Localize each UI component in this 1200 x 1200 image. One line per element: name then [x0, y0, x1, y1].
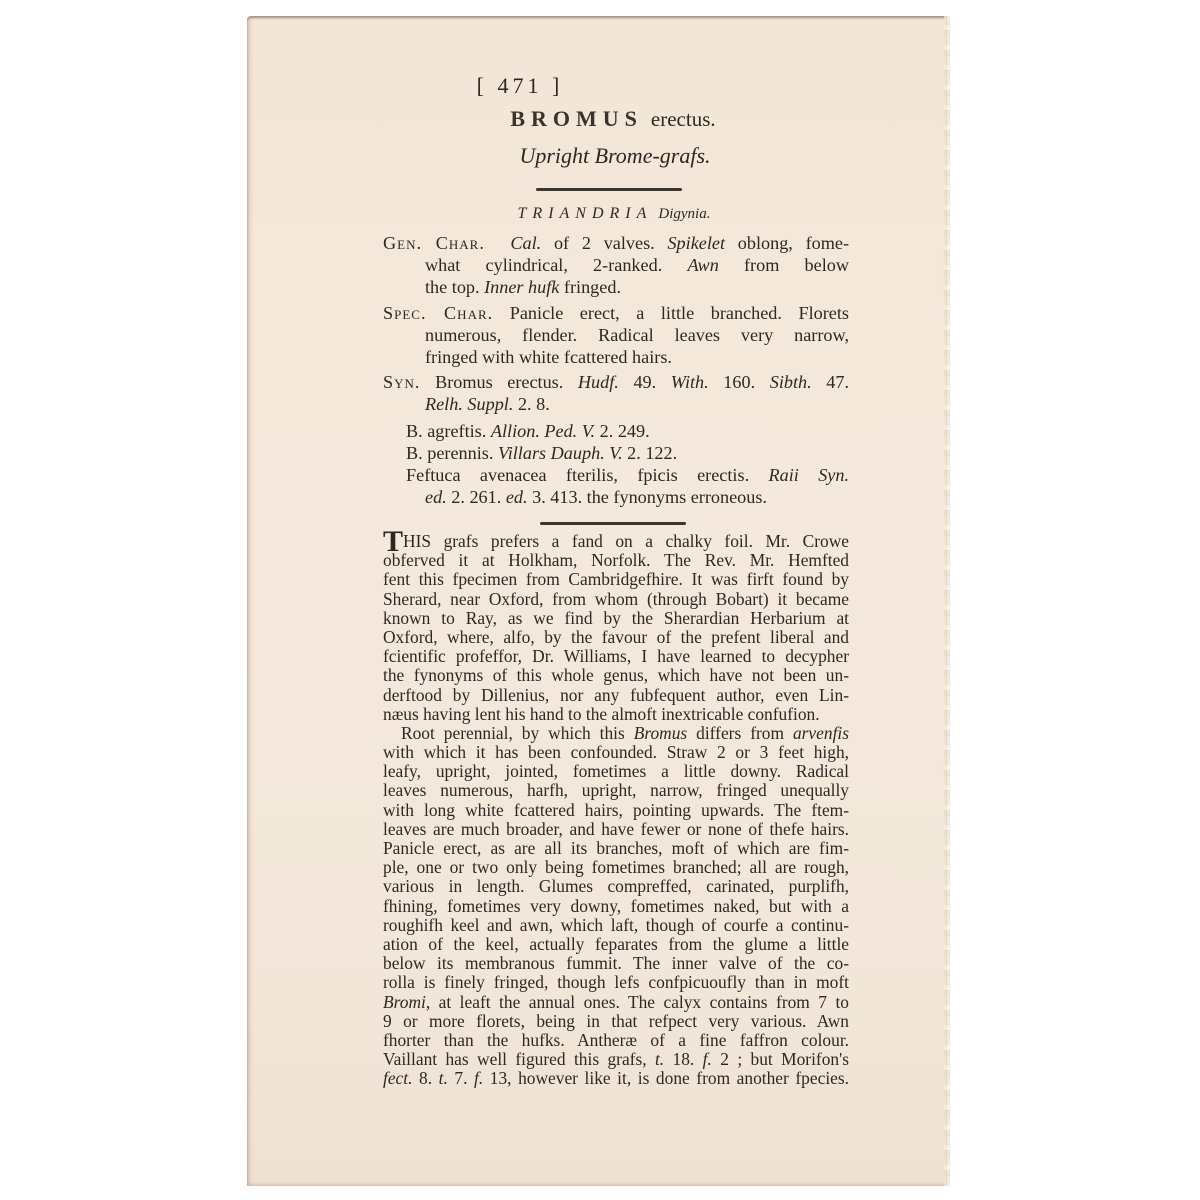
text: 2. 8. — [513, 394, 549, 414]
text: 2. 261. — [447, 487, 506, 507]
text-line: obferved it at Holkham, Norfolk. The Rev… — [383, 551, 849, 570]
divider-rule — [536, 188, 682, 191]
text-line: derftood by Dillenius, nor any fubfequen… — [383, 686, 849, 705]
description-body: THIS grafs prefers a fand on a chalky fo… — [383, 532, 849, 1088]
text-italic: ed. — [506, 487, 528, 507]
text-italic: arvenfis — [793, 723, 849, 743]
spec-char-label: Spec. Char. — [383, 303, 493, 323]
synonym-entry: B. agreftis. Allion. Ped. V. 2. 249. — [383, 420, 849, 442]
text-line: fhining, fometimes very downy, fometimes… — [383, 897, 849, 916]
text: 3. 413. the fynonyms erroneous. — [528, 487, 767, 507]
text-line: with which it has been confounded. Straw… — [383, 743, 849, 762]
text-line: below its membranous fummit. The inner v… — [383, 954, 849, 973]
text-italic: With. — [671, 372, 709, 392]
text-line: roughifh keel and awn, which laft, thoug… — [383, 916, 849, 935]
text: 2. 122. — [623, 443, 678, 463]
linnaean-classification: TRIANDRIADigynia. — [0, 205, 1200, 223]
syn-label: Syn. — [383, 372, 420, 392]
text: differs from — [687, 723, 793, 743]
text: 49. — [619, 372, 671, 392]
text: from below — [719, 255, 849, 275]
text-line: Root perennial, by which this Bromus dif… — [383, 724, 849, 743]
title-genus: BROMUS — [510, 106, 643, 131]
text: fringed. — [559, 277, 621, 297]
classification-class: TRIANDRIA — [518, 205, 653, 222]
text: B. perennis. — [406, 443, 498, 463]
text-line: ation of the keel, actually feparates fr… — [383, 935, 849, 954]
text-italic: Allion. Ped. V. — [491, 421, 595, 441]
text-italic: Sibth. — [770, 372, 812, 392]
synonym-entry: B. perennis. Villars Dauph. V. 2. 122. — [383, 442, 849, 464]
text-line: fcientific profeffor, Dr. Williams, I ha… — [383, 647, 849, 666]
text-italic: Bromus — [634, 723, 687, 743]
text: Vaillant has well figured this grafs, — [383, 1049, 655, 1069]
text-line: Vaillant has well figured this grafs, t.… — [383, 1050, 849, 1069]
text-line: THIS grafs prefers a fand on a chalky fo… — [383, 532, 849, 551]
text-line: with long white fcattered hairs, pointin… — [383, 801, 849, 820]
text-line: Oxford, where, alfo, by the favour of th… — [383, 628, 849, 647]
divider-rule — [540, 522, 686, 525]
text-line: rolla is finely fringed, though lefs con… — [383, 973, 849, 992]
gen-char-label: Gen. Char. — [383, 233, 485, 253]
text: Root perennial, by which this — [401, 723, 634, 743]
text: HIS grafs prefers a fand on a chalky foi… — [403, 531, 849, 551]
text-italic: Inner hufk — [484, 277, 559, 297]
text-italic: t. — [655, 1049, 664, 1069]
text-line: Panicle erect, as are all its branches, … — [383, 839, 849, 858]
text: Panicle erect, a little branched. Floret… — [510, 303, 849, 323]
classification-order: Digynia. — [658, 206, 710, 222]
text: Feftuca avenacea fterilis, fpicis erecti… — [406, 465, 769, 485]
text-line: 9 or more florets, being in that refpect… — [383, 1012, 849, 1031]
text-italic: Bromi — [383, 992, 426, 1012]
page-number: [ 471 ] — [0, 73, 1040, 99]
text: numerous, flender. Radical leaves very n… — [425, 325, 849, 345]
text-italic: Villars Dauph. V. — [498, 443, 623, 463]
text-line: leaves numerous, harfh, upright, narrow,… — [383, 781, 849, 800]
text-line: næus having lent his hand to the almoft … — [383, 705, 849, 724]
text: Bromus erectus. — [435, 372, 578, 392]
text: 7. — [448, 1068, 474, 1088]
text: oblong, fome- — [725, 233, 849, 253]
common-name: Upright Brome-grafs. — [0, 143, 1200, 169]
text-italic: Awn — [687, 255, 718, 275]
text-italic: Raii Syn. — [769, 465, 850, 485]
text: 8. — [412, 1068, 438, 1088]
page-title: BROMUSerectus. — [0, 106, 1200, 132]
text: 2 ; but Morifon's — [712, 1049, 849, 1069]
text-line: Bromi, at leaft the annual ones. The cal… — [383, 993, 849, 1012]
text: , at leaft the annual ones. The calyx co… — [426, 992, 849, 1012]
text-line: known to Ray, as we find by the Sherardi… — [383, 609, 849, 628]
generic-character: Gen. Char. Cal. of 2 valves. Spikelet ob… — [383, 232, 849, 298]
synonym-entries: B. agreftis. Allion. Ped. V. 2. 249. B. … — [383, 420, 849, 508]
text-italic: f. — [703, 1049, 712, 1069]
text-line: fhorter than the hufks. Antheræ of a fin… — [383, 1031, 849, 1050]
text-line: the fynonyms of this whole genus, which … — [383, 666, 849, 685]
text-line: fect. 8. t. 7. f. 13, however like it, i… — [383, 1069, 849, 1088]
text: what cylindrical, 2-ranked. — [425, 255, 687, 275]
text-italic: Relh. Suppl. — [425, 394, 513, 414]
text-line: ple, one or two only being fometimes bra… — [383, 858, 849, 877]
text: B. agreftis. — [406, 421, 491, 441]
text-line: Sherard, near Oxford, from whom (through… — [383, 590, 849, 609]
text-italic: ed. — [425, 487, 447, 507]
text-line: leafy, upright, jointed, fometimes a lit… — [383, 762, 849, 781]
text: 18. — [664, 1049, 703, 1069]
text: 47. — [812, 372, 849, 392]
text: 13, however like it, is done from anothe… — [483, 1068, 849, 1088]
synonyms: Syn. Bromus erectus. Hudf. 49. With. 160… — [383, 371, 849, 415]
text-italic: fect. — [383, 1068, 412, 1088]
text: fringed with white fcattered hairs. — [425, 347, 672, 367]
text: the top. — [425, 277, 484, 297]
text: of 2 valves. — [541, 233, 667, 253]
text-line: fent this fpecimen from Cambridgefhire. … — [383, 570, 849, 589]
text-line: leaves are much broader, and have fewer … — [383, 820, 849, 839]
synonym-entry: Feftuca avenacea fterilis, fpicis erecti… — [383, 464, 849, 486]
text-italic: Hudf. — [578, 372, 619, 392]
text-italic: Cal. — [510, 233, 541, 253]
text-italic: t. — [439, 1068, 448, 1088]
text-line: various in length. Glumes compreffed, ca… — [383, 877, 849, 896]
text-italic: f. — [474, 1068, 483, 1088]
text-italic: Spikelet — [667, 233, 725, 253]
specific-character: Spec. Char. Panicle erect, a little bran… — [383, 302, 849, 368]
text: 160. — [709, 372, 770, 392]
text: 2. 249. — [595, 421, 650, 441]
title-species: erectus. — [651, 107, 716, 131]
